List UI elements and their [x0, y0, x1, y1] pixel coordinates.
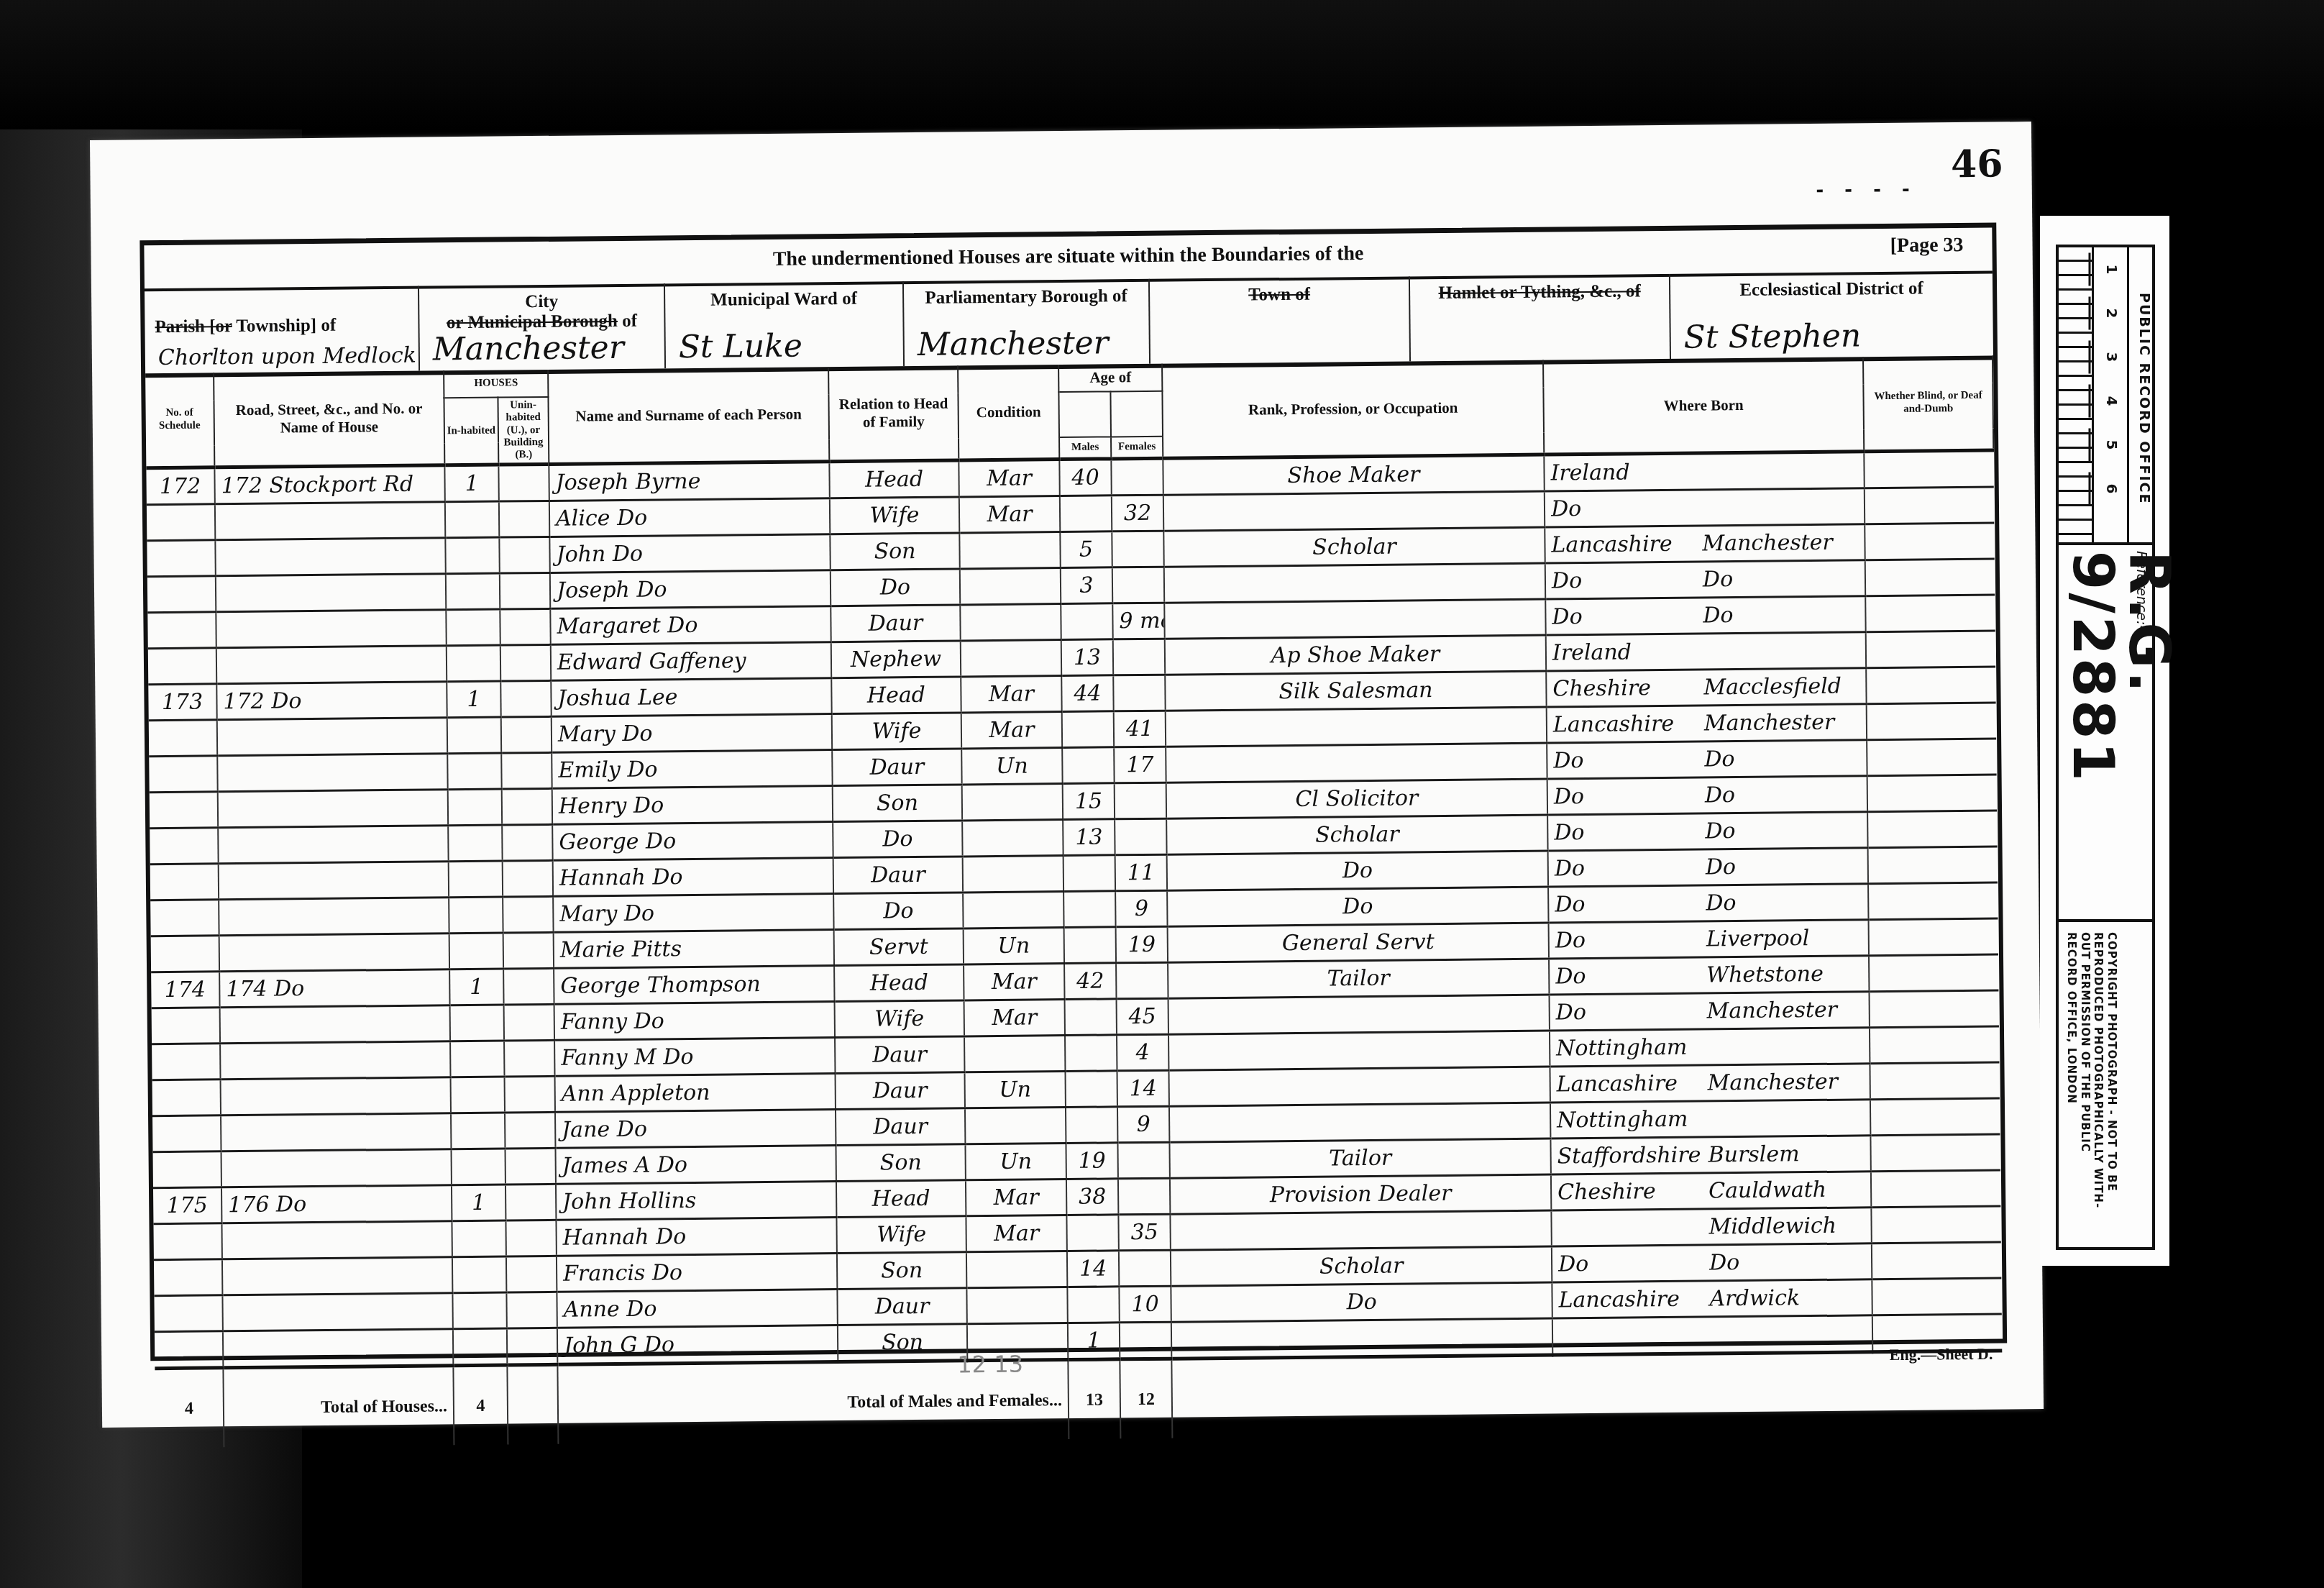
male-age-cell: 1 — [1068, 1323, 1120, 1360]
col-where-born: Where Born — [1543, 357, 1864, 455]
district-label-suffix: of — [622, 311, 637, 331]
col-males: Males — [1059, 437, 1111, 460]
name-cell: Fanny M Do — [554, 1038, 835, 1077]
infirmity-cell — [1865, 559, 1995, 596]
born-county: Do — [1554, 819, 1705, 846]
name-cell: Hannah Do — [553, 858, 833, 897]
male-age-cell: 40 — [1059, 459, 1111, 496]
scale-number: 5 — [2089, 429, 2133, 462]
col-houses: HOUSES — [444, 370, 548, 398]
male-age-cell: 5 — [1060, 531, 1112, 568]
copyright-line: REPRODUCED PHOTOGRAPHICALLY WITH- — [2092, 932, 2105, 1208]
name-cell: John G Do — [557, 1325, 838, 1365]
name-cell: Edward Gaffeney — [551, 642, 831, 681]
address-cell — [221, 1077, 451, 1115]
empty-cell — [1171, 1351, 2003, 1438]
schedule-cell — [152, 1115, 221, 1152]
occupation-cell: Do — [1171, 1282, 1552, 1322]
address-cell — [215, 502, 445, 540]
male-age-cell: 14 — [1067, 1251, 1119, 1287]
inhabited-cell — [452, 1292, 506, 1329]
uninhabited-cell — [505, 1113, 555, 1149]
where-born-cell: Ireland — [1544, 452, 1864, 491]
address-cell: 176 Do — [221, 1185, 452, 1223]
inhabited-cell — [449, 861, 503, 898]
district-label: City — [525, 292, 558, 311]
male-age-cell — [1063, 891, 1115, 928]
where-born-cell: Nottingham — [1550, 1028, 1870, 1067]
inhabited-cell: 1 — [449, 969, 503, 1005]
infirmity-cell — [1866, 631, 1995, 668]
schedule-cell — [152, 1080, 221, 1116]
where-born-cell: DoDo — [1548, 848, 1868, 887]
condition-cell — [961, 640, 1061, 677]
infirmity-cell — [1865, 523, 1994, 560]
male-age-cell: 42 — [1064, 963, 1116, 1000]
inhabited-cell: 1 — [444, 465, 498, 502]
relation-cell: Head — [829, 460, 959, 498]
address-cell — [221, 1113, 451, 1151]
where-born-cell: Middlewich — [1551, 1208, 1871, 1246]
born-county: Nottingham — [1556, 1035, 1707, 1062]
female-age-cell: 10 — [1119, 1286, 1171, 1323]
struck-label: Hamlet or Tything, &c., of — [1410, 281, 1669, 304]
infirmity-cell — [1871, 1170, 2000, 1208]
female-age-cell: 4 — [1117, 1034, 1168, 1071]
born-county: Do — [1551, 496, 1702, 522]
infirmity-cell — [1865, 487, 1994, 524]
schedule-cell — [149, 756, 217, 793]
uninhabited-cell — [506, 1256, 557, 1293]
address-cell — [216, 574, 446, 612]
ruler-boxes: 1 2 3 4 5 6 — [2094, 247, 2129, 542]
uninhabited-cell — [505, 1077, 555, 1113]
inhabited-cell — [452, 1220, 505, 1257]
infirmity-cell — [1868, 882, 1998, 920]
female-age-cell: 9 — [1117, 1106, 1169, 1143]
female-age-cell: 32 — [1112, 495, 1163, 531]
address-cell — [219, 862, 449, 900]
district-label: Municipal Ward of — [665, 288, 902, 311]
where-born-cell: LancashireManchester — [1545, 524, 1865, 563]
condition-cell — [964, 1036, 1065, 1072]
form-heading: The undermentioned Houses are situate wi… — [145, 237, 1993, 278]
scale-number: 4 — [2089, 385, 2133, 418]
address-cell: 172 Stockport Rd — [214, 465, 444, 504]
born-county: Do — [1552, 567, 1703, 594]
address-cell: 172 Do — [216, 682, 447, 720]
census-form: The undermentioned Houses are situate wi… — [139, 223, 2007, 1361]
relation-cell: Do — [833, 893, 963, 930]
male-age-cell: 19 — [1066, 1143, 1117, 1179]
district-township: Parish [or Township] of Chorlton upon Me… — [145, 286, 420, 374]
address-cell — [215, 538, 445, 576]
name-cell: Jane Do — [555, 1110, 836, 1149]
condition-cell: Mar — [964, 1000, 1065, 1036]
born-county: Cheshire — [1557, 1179, 1708, 1205]
uninhabited-cell — [500, 609, 550, 646]
scale-number: 6 — [2089, 473, 2133, 506]
relation-cell: Son — [836, 1144, 965, 1182]
district-ward: Municipal Ward of St Luke — [665, 281, 905, 368]
relation-cell: Son — [838, 1324, 967, 1362]
female-age-cell — [1119, 1250, 1171, 1287]
inhabited-cell — [450, 1041, 504, 1077]
schedule-cell: 173 — [148, 684, 216, 721]
uninhabited-cell — [505, 1220, 556, 1257]
inhabited-cell — [451, 1077, 505, 1113]
born-place: Whetstone — [1706, 962, 1824, 988]
born-county: Ireland — [1550, 460, 1701, 486]
born-place: Do — [1705, 782, 1735, 808]
born-place: Manchester — [1708, 1069, 1839, 1096]
district-value: St Luke — [679, 327, 896, 365]
where-born-cell: DoWhetstone — [1549, 956, 1869, 995]
born-county: Do — [1553, 747, 1704, 774]
address-cell — [220, 1005, 450, 1044]
uninhabited-cell — [503, 969, 554, 1005]
male-age-cell: 3 — [1061, 567, 1112, 604]
district-label: Parliamentary Borough of — [904, 286, 1148, 309]
born-county: Do — [1555, 963, 1706, 990]
name-cell: Ann Appleton — [555, 1074, 836, 1113]
condition-cell — [960, 604, 1061, 641]
name-cell: Mary Do — [552, 714, 832, 753]
copyright-line: RECORD OFFICE, LONDON — [2065, 932, 2078, 1104]
record-office-label: PUBLIC RECORD OFFICE — [2131, 276, 2152, 521]
uninhabited-cell — [503, 897, 553, 934]
born-county: Lancashire — [1557, 1071, 1708, 1098]
col-address: Road, Street, &c., and No. or Name of Ho… — [214, 370, 444, 467]
male-age-cell — [1063, 855, 1115, 892]
born-place: Manchester — [1707, 998, 1838, 1024]
address-cell — [216, 610, 446, 648]
schedule-cell — [147, 576, 216, 613]
male-age-cell: 44 — [1061, 675, 1113, 712]
reference-code: R.G. 9/2881 — [2064, 551, 2177, 919]
female-age-cell: 9 — [1115, 890, 1167, 927]
address-cell — [222, 1293, 452, 1331]
occupation-cell: Do — [1167, 887, 1548, 926]
occupation-cell: Tailor — [1168, 959, 1549, 998]
female-age-cell: 14 — [1117, 1070, 1169, 1107]
scale-number: 3 — [2089, 341, 2133, 374]
inhabited-cell — [445, 501, 499, 538]
female-age-cell: 17 — [1114, 747, 1166, 783]
male-age-cell — [1065, 1035, 1117, 1072]
occupation-cell: Tailor — [1169, 1138, 1550, 1178]
inhabited-cell — [451, 1113, 505, 1149]
schedule-cell: 174 — [151, 972, 219, 1008]
male-age-cell — [1066, 1107, 1117, 1144]
relation-cell: Do — [833, 821, 962, 858]
condition-cell: Mar — [966, 1179, 1066, 1216]
inhabited-cell — [450, 1005, 504, 1041]
occupation-cell — [1166, 707, 1547, 747]
born-county: Lancashire — [1558, 1287, 1709, 1313]
relation-cell: Daur — [835, 1036, 964, 1074]
name-cell: John Do — [549, 534, 830, 573]
male-age-cell — [1066, 1215, 1118, 1251]
female-age-cell: 45 — [1117, 998, 1168, 1035]
address-cell — [221, 1149, 452, 1187]
infirmity-cell — [1870, 1026, 1999, 1064]
uninhabited-cell — [502, 825, 552, 862]
col-age: Age of — [1058, 364, 1162, 392]
male-age-cell — [1062, 711, 1114, 748]
uninhabited-cell — [506, 1292, 557, 1329]
female-age-cell — [1112, 567, 1164, 603]
uninhabited-cell — [505, 1185, 556, 1221]
infirmity-cell — [1868, 847, 1998, 884]
female-age-cell — [1113, 675, 1165, 711]
male-age-cell — [1061, 603, 1112, 640]
infirmity-cell — [1870, 1062, 1999, 1100]
district-value: Manchester — [918, 324, 1142, 363]
where-born-cell — [1552, 1315, 1872, 1355]
female-age-cell: 41 — [1114, 711, 1166, 747]
where-born-cell: DoManchester — [1550, 992, 1870, 1031]
condition-cell: Un — [965, 1144, 1066, 1180]
born-place: Do — [1706, 890, 1736, 916]
relation-cell: Wife — [835, 1000, 964, 1038]
where-born-cell: DoDo — [1547, 812, 1867, 851]
where-born-cell: StaffordshireBurslem — [1550, 1136, 1870, 1174]
inhabited-cell: 1 — [447, 681, 500, 718]
born-county: Ireland — [1552, 639, 1703, 666]
born-place: Do — [1703, 603, 1733, 628]
inhabited-cell — [449, 933, 503, 969]
relation-cell: Do — [831, 569, 960, 606]
female-age-cell: 9 mo — [1112, 603, 1164, 639]
male-age-cell: 15 — [1063, 783, 1115, 820]
occupation-cell — [1164, 599, 1545, 639]
infirmity-cell — [1867, 811, 1997, 848]
occupation-cell: Do — [1167, 851, 1548, 890]
name-cell: James A Do — [555, 1146, 836, 1185]
address-cell — [219, 898, 449, 936]
uninhabited-cell — [501, 717, 552, 754]
address-cell — [221, 1221, 452, 1259]
copyright-line: OUT PERMISSION OF THE PUBLIC — [2079, 932, 2092, 1152]
where-born-cell: DoDo — [1547, 740, 1867, 779]
col-infirmity: Whether Blind, or Deaf and-Dumb — [1863, 356, 1993, 452]
struck-label: Town of — [1150, 283, 1409, 306]
occupation-cell — [1168, 995, 1550, 1034]
empty-cell — [507, 1365, 558, 1445]
totals-row: 4 Total of Houses... 4 Total of Males an… — [155, 1351, 2003, 1448]
relation-cell: Head — [836, 1180, 966, 1218]
name-cell: Hannah Do — [556, 1218, 836, 1256]
male-age-cell: 13 — [1063, 819, 1115, 856]
schedule-cell — [155, 1331, 223, 1369]
schedule-cell — [152, 1044, 220, 1080]
schedule-cell — [154, 1295, 222, 1332]
schedule-cell — [150, 900, 219, 936]
col-name: Name and Surname of each Person — [548, 367, 829, 464]
born-place: Macclesfield — [1703, 674, 1842, 701]
name-cell: John Hollins — [556, 1182, 836, 1220]
scale-number: 1 — [2089, 253, 2133, 286]
schedule-cell — [150, 792, 218, 829]
address-cell — [218, 790, 448, 828]
schedule-cell — [153, 1151, 221, 1188]
condition-cell: Un — [964, 928, 1064, 964]
where-born-cell: LancashireManchester — [1550, 1064, 1870, 1103]
condition-cell — [963, 892, 1063, 928]
born-place: Do — [1705, 818, 1735, 844]
male-age-cell — [1065, 999, 1117, 1036]
name-cell: Marie Pitts — [554, 930, 834, 969]
relation-cell: Son — [837, 1252, 966, 1290]
born-county: Do — [1556, 999, 1707, 1026]
uninhabited-cell — [503, 933, 554, 969]
total-houses-label: Total of Houses... — [223, 1366, 454, 1448]
where-born-cell: DoLiverpool — [1549, 920, 1869, 959]
address-cell — [220, 1041, 450, 1080]
film-background-top — [0, 0, 2324, 129]
folio-number: 46 — [1951, 142, 2003, 186]
born-place: Middlewich — [1708, 1213, 1836, 1240]
col-condition: Condition — [958, 365, 1059, 460]
district-label: Ecclesiastical District of — [1670, 278, 1993, 301]
schedule-cell — [147, 504, 215, 541]
total-schedules: 4 — [155, 1368, 224, 1448]
age-spacer — [1110, 391, 1163, 437]
relation-cell: Head — [834, 964, 964, 1002]
inhabited-cell — [447, 645, 500, 682]
condition-cell — [966, 1251, 1067, 1288]
name-cell: Francis Do — [557, 1254, 837, 1292]
copyright-notice: COPYRIGHT PHOTOGRAPH - NOT TO BE REPRODU… — [2059, 923, 2152, 1240]
female-age-cell — [1112, 531, 1163, 567]
condition-cell: Mar — [961, 676, 1061, 713]
infirmity-cell — [1869, 954, 1998, 992]
born-county: Cheshire — [1552, 675, 1703, 702]
condition-cell: Mar — [966, 1215, 1066, 1252]
inhabited-cell — [453, 1328, 507, 1366]
district-value: Chorlton upon Medlock — [158, 343, 411, 370]
form-page-number: [Page 33 — [1890, 234, 1964, 257]
born-place: Do — [1704, 747, 1734, 772]
uninhabited-cell — [500, 681, 551, 718]
born-place: Liverpool — [1706, 926, 1810, 952]
infirmity-cell — [1870, 1098, 2000, 1136]
occupation-cell — [1171, 1318, 1552, 1359]
born-county: Do — [1558, 1251, 1709, 1277]
address-cell — [216, 646, 447, 684]
born-county: Do — [1555, 927, 1706, 954]
infirmity-cell — [1865, 595, 1995, 632]
district-label: Township] of — [236, 316, 336, 336]
district-hamlet: Hamlet or Tything, &c., of — [1410, 274, 1671, 361]
where-born-cell: LancashireArdwick — [1552, 1279, 1872, 1318]
where-born-cell: CheshireMacclesfield — [1546, 668, 1866, 707]
occupation-cell: Scholar — [1163, 527, 1545, 567]
condition-cell — [965, 1108, 1066, 1144]
condition-cell: Mar — [961, 712, 1062, 749]
occupation-cell — [1163, 491, 1545, 531]
condition-cell: Un — [961, 748, 1062, 785]
female-age-cell: 19 — [1116, 926, 1168, 963]
col-inhabited: In-habited — [444, 398, 498, 465]
infirmity-cell — [1867, 703, 1996, 740]
col-relation: Relation to Head of Family — [828, 365, 959, 461]
male-age-cell — [1060, 496, 1112, 532]
col-uninhabited: Unin-habited (U.), or Building (B.) — [498, 397, 549, 465]
condition-cell — [966, 1287, 1067, 1324]
relation-cell: Daur — [837, 1288, 966, 1325]
female-age-cell — [1118, 1178, 1170, 1215]
born-place: Burslem — [1708, 1141, 1800, 1167]
born-county: Nottingham — [1557, 1107, 1708, 1133]
male-age-cell — [1067, 1287, 1119, 1323]
condition-cell: Un — [965, 1072, 1066, 1108]
relation-cell: Son — [830, 533, 959, 570]
infirmity-cell — [1866, 667, 1995, 704]
uninhabited-cell — [505, 1149, 555, 1185]
occupation-cell — [1170, 1210, 1551, 1250]
infirmity-cell — [1869, 918, 1998, 956]
address-cell — [222, 1257, 452, 1295]
col-occupation: Rank, Profession, or Occupation — [1162, 360, 1544, 459]
born-county: Lancashire — [1553, 711, 1704, 738]
born-county — [1559, 1342, 1710, 1343]
page-dashes: - - - - — [1816, 179, 1917, 201]
where-born-cell: CheshireCauldwath — [1551, 1172, 1871, 1210]
relation-cell: Wife — [830, 497, 959, 534]
relation-cell: Son — [833, 785, 962, 822]
female-age-cell — [1113, 639, 1165, 675]
name-cell: Margaret Do — [550, 606, 831, 645]
born-place: Do — [1703, 567, 1733, 592]
scale-ruler: 1 2 3 4 5 6 PUBLIC RECORD OFFICE — [2059, 247, 2152, 545]
relation-cell: Daur — [832, 749, 961, 786]
inhabited-cell: 1 — [452, 1185, 505, 1221]
schedule-cell: 172 — [146, 467, 214, 505]
occupation-cell — [1169, 1067, 1550, 1106]
born-place: Manchester — [1704, 710, 1835, 736]
female-age-cell: 35 — [1118, 1214, 1170, 1251]
uninhabited-cell — [507, 1328, 558, 1366]
born-county: Do — [1555, 891, 1706, 918]
census-sheet: - - - - 46 The undermentioned Houses are… — [90, 122, 2044, 1428]
copyright-line: COPYRIGHT PHOTOGRAPH - NOT TO BE — [2105, 932, 2118, 1192]
inhabited-cell — [448, 789, 502, 826]
address-cell: 174 Do — [219, 969, 449, 1008]
address-cell — [218, 826, 448, 864]
name-cell: Henry Do — [552, 786, 833, 825]
uninhabited-cell — [503, 861, 553, 898]
condition-cell — [959, 532, 1060, 569]
occupation-cell: Scholar — [1171, 1246, 1552, 1286]
uninhabited-cell — [504, 1041, 554, 1077]
condition-cell — [960, 568, 1061, 605]
total-females: 12 — [1120, 1359, 1172, 1438]
male-age-cell — [1062, 747, 1114, 784]
where-born-cell: DoDo — [1545, 596, 1865, 635]
where-born-cell: Do — [1545, 488, 1865, 527]
born-county: Do — [1554, 783, 1705, 810]
address-cell — [217, 718, 447, 756]
relation-cell: Daur — [836, 1072, 965, 1110]
born-place: Ardwick — [1709, 1285, 1800, 1311]
pencil-note: 12 13 — [957, 1351, 1023, 1379]
name-cell: Anne Do — [557, 1290, 837, 1328]
where-born-cell: DoDo — [1545, 560, 1865, 599]
born-county — [1558, 1234, 1709, 1236]
col-females: Females — [1111, 437, 1163, 459]
